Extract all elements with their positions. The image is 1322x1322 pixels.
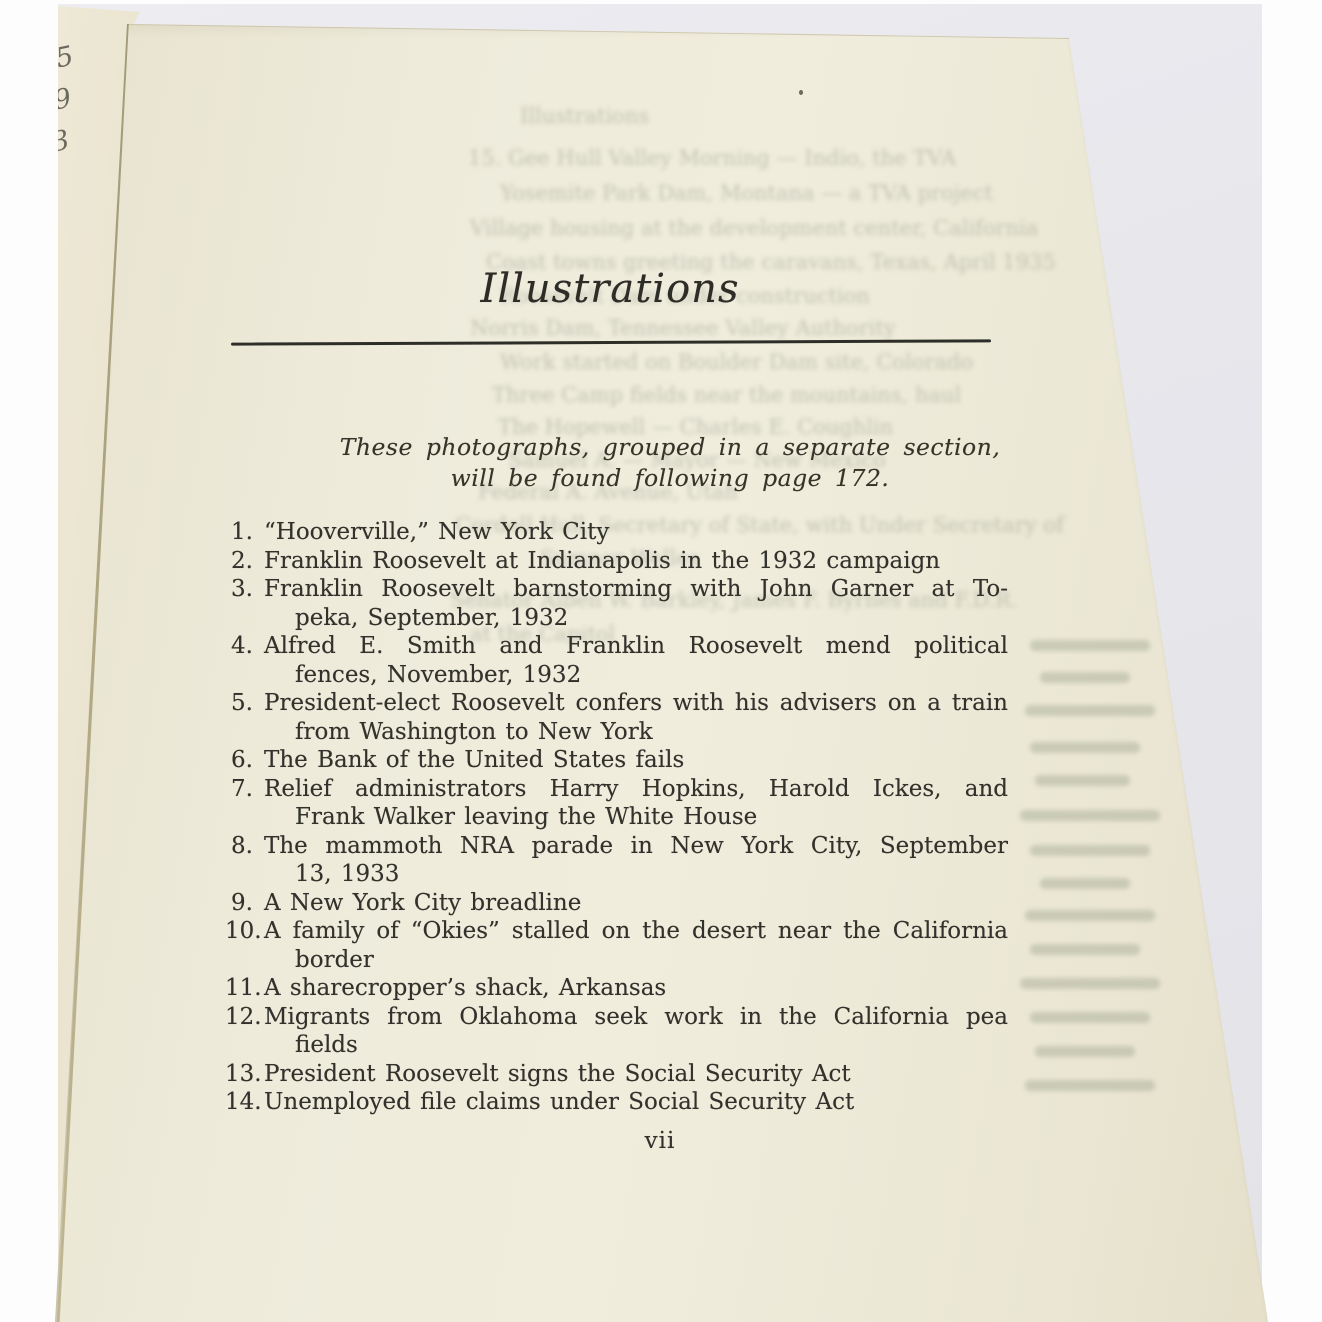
note-line-2: will be found following page 172. [330,463,1010,494]
ghost-text-fragment [1020,810,1160,821]
item-text-continued: from Washington to New York [264,718,1008,747]
item-number: 14. [225,1088,253,1117]
title-rule [231,339,991,345]
ghost-text-fragment [1025,705,1155,716]
item-text-continued: Frank Walker leaving the White House [264,803,1008,832]
illustrations-list: 1. “Hooverville,” New York City 2. Frank… [231,518,1008,1117]
item-number: 6. [225,746,253,775]
ghost-text-fragment [1035,775,1130,786]
list-item: 14. Unemployed file claims under Social … [231,1088,1008,1117]
ghost-text-line: Work started on Boulder Dam site, Colora… [500,350,973,374]
item-text-continued: 13, 1933 [264,860,1008,889]
item-text: A family of “Okies” stalled on the deser… [264,917,1008,946]
item-number: 11. [225,974,253,1003]
ghost-text-fragment [1030,1012,1150,1023]
ghost-text-fragment [1020,978,1160,989]
item-text: Relief administrators Harry Hopkins, Har… [264,775,1008,804]
ghost-text-fragment [1030,742,1140,753]
list-item: 10. A family of “Okies” stalled on the d… [231,917,1008,974]
list-item: 5. President-elect Roosevelt confers wit… [231,689,1008,746]
item-text: Franklin Roosevelt barnstorming with Joh… [264,575,1008,604]
item-number: 4. [225,632,253,661]
list-item: 1. “Hooverville,” New York City [231,518,1008,547]
photographs-note: These photographs, grouped in a separate… [330,432,1010,494]
item-text-continued: peka, September, 1932 [264,604,1008,633]
item-text: Migrants from Oklahoma seek work in the … [264,1003,1008,1032]
item-text: The Bank of the United States fails [264,747,684,773]
item-number: 1. [225,518,253,547]
list-item: 4. Alfred E. Smith and Franklin Roosevel… [231,632,1008,689]
list-item: 12. Migrants from Oklahoma seek work in … [231,1003,1008,1060]
ghost-text-fragment [1030,640,1150,651]
book-page-photo: 5 9 3 Illustrations15. Gee Hull Valley M… [0,0,1322,1322]
item-text: The mammoth NRA parade in New York City,… [264,832,1008,861]
edge-number: 5 [53,41,76,75]
item-text-continued: fences, November, 1932 [264,661,1008,690]
list-item: 8. The mammoth NRA parade in New York Ci… [231,832,1008,889]
item-number: 3. [225,575,253,604]
list-item: 6. The Bank of the United States fails [231,746,1008,775]
list-item: 11. A sharecropper’s shack, Arkansas [231,974,1008,1003]
item-number: 8. [225,832,253,861]
item-number: 2. [225,547,253,576]
list-item: 7. Relief administrators Harry Hopkins, … [231,775,1008,832]
item-text: Alfred E. Smith and Franklin Roosevelt m… [264,632,1008,661]
ghost-text-line: Illustrations [520,104,649,128]
page-number: vii [390,1128,930,1154]
item-text: Unemployed file claims under Social Secu… [264,1089,854,1115]
ghost-text-line: Village housing at the development cente… [470,216,1038,240]
item-text: Franklin Roosevelt at Indianapolis in th… [264,548,940,574]
ghost-text-line: Three Camp fields near the mountains, ha… [492,383,961,407]
item-text: A sharecropper’s shack, Arkansas [264,975,666,1001]
item-number: 5. [225,689,253,718]
ghost-text-line: Yosemite Park Dam, Montana — a TVA proje… [500,181,993,205]
item-text-continued: fields [264,1031,1008,1060]
item-text: President-elect Roosevelt confers with h… [264,689,1008,718]
item-number: 7. [225,775,253,804]
ghost-text-fragment [1025,910,1155,921]
item-text: A New York City breadline [264,890,581,916]
edge-number: 3 [49,125,72,159]
ghost-text-fragment [1040,878,1130,889]
item-number: 9. [225,889,253,918]
ghost-text-line: Norris Dam, Tennessee Valley Authority [470,316,896,340]
item-text-continued: border [264,946,1008,975]
ghost-text-fragment [1040,672,1130,683]
item-number: 10. [225,917,253,946]
page-title: Illustrations [390,266,830,312]
item-number: 13. [225,1060,253,1089]
item-text: President Roosevelt signs the Social Sec… [264,1061,851,1087]
item-number: 12. [225,1003,253,1032]
list-item: 9. A New York City breadline [231,889,1008,918]
paper-speck [799,90,803,95]
note-line-1: These photographs, grouped in a separate… [330,432,1010,463]
ghost-text-fragment [1030,845,1150,856]
list-item: 2. Franklin Roosevelt at Indianapolis in… [231,547,1008,576]
ghost-text-fragment [1030,944,1140,955]
ghost-text-fragment [1035,1046,1135,1057]
ghost-text-fragment [1025,1080,1155,1091]
list-item: 3. Franklin Roosevelt barnstorming with … [231,575,1008,632]
list-item: 13. President Roosevelt signs the Social… [231,1060,1008,1089]
ghost-text-line: 15. Gee Hull Valley Morning — Indio, the… [468,146,956,170]
item-text: “Hooverville,” New York City [264,519,609,545]
edge-number: 9 [51,83,74,117]
